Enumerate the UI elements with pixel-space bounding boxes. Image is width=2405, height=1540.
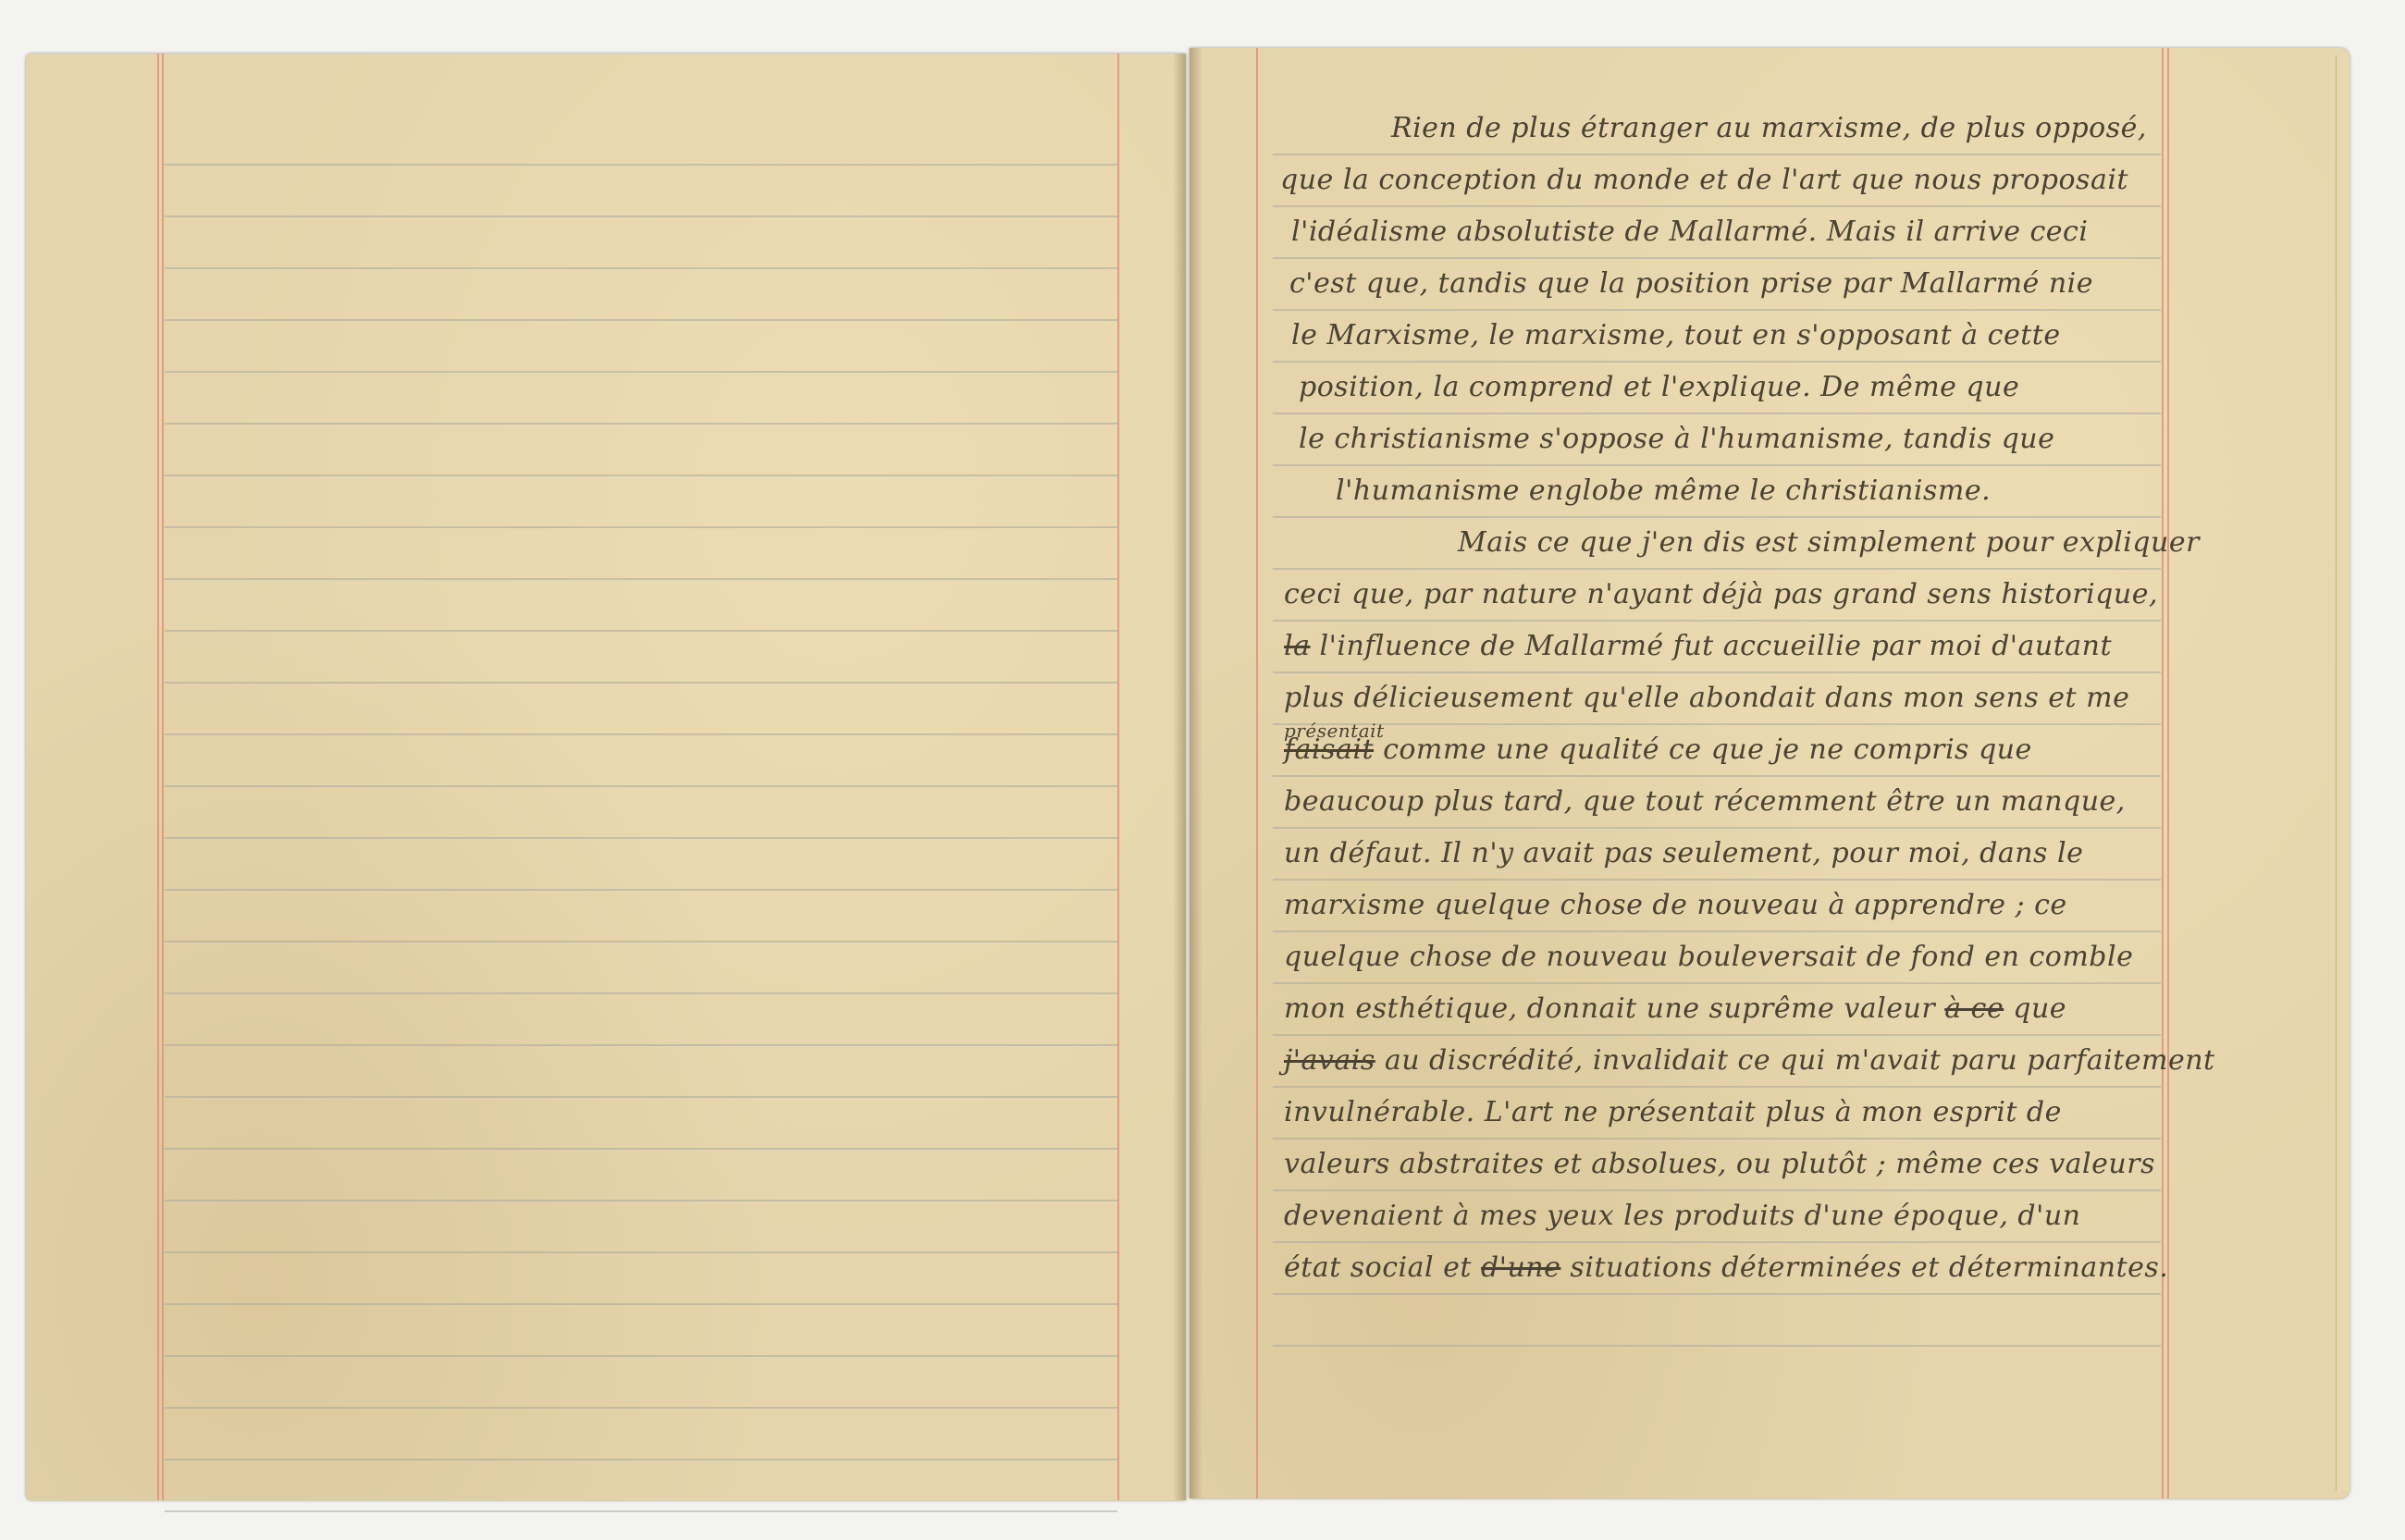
ruled-line [1273, 413, 2161, 414]
handwritten-line: l'humanisme englobe même le christianism… [1336, 477, 1991, 505]
ruled-line [165, 1407, 1117, 1409]
ruled-line [1273, 257, 2161, 259]
left-margin-line-outer [157, 54, 159, 1500]
handwritten-line: que la conception du monde et de l'art q… [1280, 166, 2128, 194]
ruled-line [1273, 879, 2161, 881]
ruled-line [165, 371, 1117, 373]
strikethrough-word: faisait [1284, 733, 1374, 766]
ruled-line [1273, 775, 2161, 777]
handwritten-line: un défaut. Il n'y avait pas seulement, p… [1284, 840, 2083, 868]
handwritten-line: la l'influence de Mallarmé fut accueilli… [1284, 633, 2112, 660]
ruled-line [165, 1096, 1117, 1098]
ruled-line [165, 837, 1117, 839]
handwritten-line: beaucoup plus tard, que tout récemment ê… [1284, 788, 2126, 816]
handwritten-line: c'est que, tandis que la position prise … [1289, 270, 2093, 298]
right-page: Rien de plus étranger au marxisme, de pl… [1190, 48, 2349, 1498]
ruled-line [1273, 1189, 2161, 1191]
ruled-line [1273, 620, 2161, 622]
handwritten-line: plus délicieusement qu'elle abondait dan… [1284, 684, 2129, 712]
ruled-line [165, 216, 1117, 217]
handwritten-line: j'avais au discrédité, invalidait ce qui… [1284, 1047, 2215, 1075]
handwritten-line: l'idéalisme absolutiste de Mallarmé. Mai… [1291, 218, 2088, 246]
line-rest: situations déterminées et déterminantes. [1570, 1251, 2168, 1284]
ruled-line [1273, 1293, 2161, 1295]
ruled-line [165, 1044, 1117, 1046]
line-rest: l'influence de Mallarmé fut accueillie p… [1320, 630, 2113, 662]
ruled-line [1273, 827, 2161, 829]
ruled-line [165, 1200, 1117, 1201]
ruled-line [1273, 464, 2161, 466]
handwritten-line: état social et d'une situations détermin… [1284, 1254, 2168, 1282]
page-edge [2336, 55, 2349, 1491]
ruled-line [1273, 1138, 2161, 1140]
ruled-line [165, 319, 1117, 321]
ruled-line [165, 1303, 1117, 1305]
ruled-line [165, 889, 1117, 891]
line-rest: comme une qualité ce que je ne compris q… [1383, 733, 2032, 766]
ruled-line [165, 474, 1117, 476]
handwritten-line: devenaient à mes yeux les produits d'une… [1284, 1202, 2081, 1230]
ruled-line [165, 1510, 1117, 1512]
ruled-line [1273, 516, 2161, 518]
handwritten-line: le christianisme s'oppose à l'humanisme,… [1299, 425, 2054, 453]
ruled-line [1273, 723, 2161, 725]
ruled-line [1273, 309, 2161, 311]
ruled-line [165, 733, 1117, 735]
ruled-line [165, 1459, 1117, 1460]
ruled-line [165, 785, 1117, 787]
handwritten-line: quelque chose de nouveau bouleversait de… [1284, 943, 2133, 971]
ruled-line [165, 1355, 1117, 1357]
ruled-line [165, 423, 1117, 425]
ruled-line [165, 630, 1117, 632]
line-rest: au discrédité, invalidait ce qui m'avait… [1385, 1044, 2215, 1077]
ruled-line [1273, 1086, 2161, 1088]
handwritten-line: ceci que, par nature n'ayant déjà pas gr… [1284, 581, 2158, 609]
ruled-line [1273, 154, 2161, 155]
left-margin-line [1256, 48, 1258, 1498]
gutter-shadow [1173, 54, 1186, 1500]
handwritten-line: le Marxisme, le marxisme, tout en s'oppo… [1291, 322, 2061, 350]
left-margin-line-inner [162, 54, 164, 1500]
ruled-line [1273, 671, 2161, 673]
left-page [26, 54, 1186, 1500]
ruled-line [165, 682, 1117, 684]
strikethrough-word: à ce [1944, 992, 2004, 1025]
right-margin-line-outer [1117, 54, 1119, 1500]
ruled-line [165, 941, 1117, 942]
ruled-line [165, 992, 1117, 994]
ruled-line [1273, 982, 2161, 984]
line-rest: que [2013, 992, 2066, 1025]
handwritten-line: Rien de plus étranger au marxisme, de pl… [1391, 115, 2147, 142]
handwritten-line: marxisme quelque chose de nouveau à appr… [1284, 892, 2067, 919]
ruled-line [165, 164, 1117, 166]
strikethrough-word: j'avais [1284, 1044, 1375, 1077]
strikethrough-word: d'une [1481, 1251, 1560, 1284]
ruled-line [165, 578, 1117, 580]
handwritten-line: mon esthétique, donnait une suprême vale… [1284, 995, 2066, 1023]
ruled-line [1273, 568, 2161, 570]
line-rest: état social et [1284, 1251, 1472, 1284]
handwritten-line: invulnérable. L'art ne présentait plus à… [1284, 1099, 2062, 1127]
ruled-line [1273, 930, 2161, 932]
gutter-shadow [1190, 48, 1202, 1498]
handwritten-line: faisait comme une qualité ce que je ne c… [1284, 736, 2032, 764]
handwritten-line: position, la comprend et l'explique. De … [1299, 374, 2019, 401]
ruled-line [165, 267, 1117, 269]
ruled-line [1273, 205, 2161, 207]
handwritten-line: valeurs abstraites et absolues, ou plutô… [1284, 1151, 2155, 1178]
line-rest: mon esthétique, donnait une suprême vale… [1284, 992, 1935, 1025]
handwritten-line: Mais ce que j'en dis est simplement pour… [1458, 529, 2200, 557]
ruled-line [165, 1148, 1117, 1150]
ruled-line [1273, 1241, 2161, 1243]
ruled-line [165, 1251, 1117, 1253]
ruled-line [1273, 361, 2161, 363]
ruled-line [1273, 1345, 2161, 1347]
ruled-line [1273, 1034, 2161, 1036]
strikethrough-word: la [1284, 630, 1310, 662]
ruled-line [165, 526, 1117, 528]
